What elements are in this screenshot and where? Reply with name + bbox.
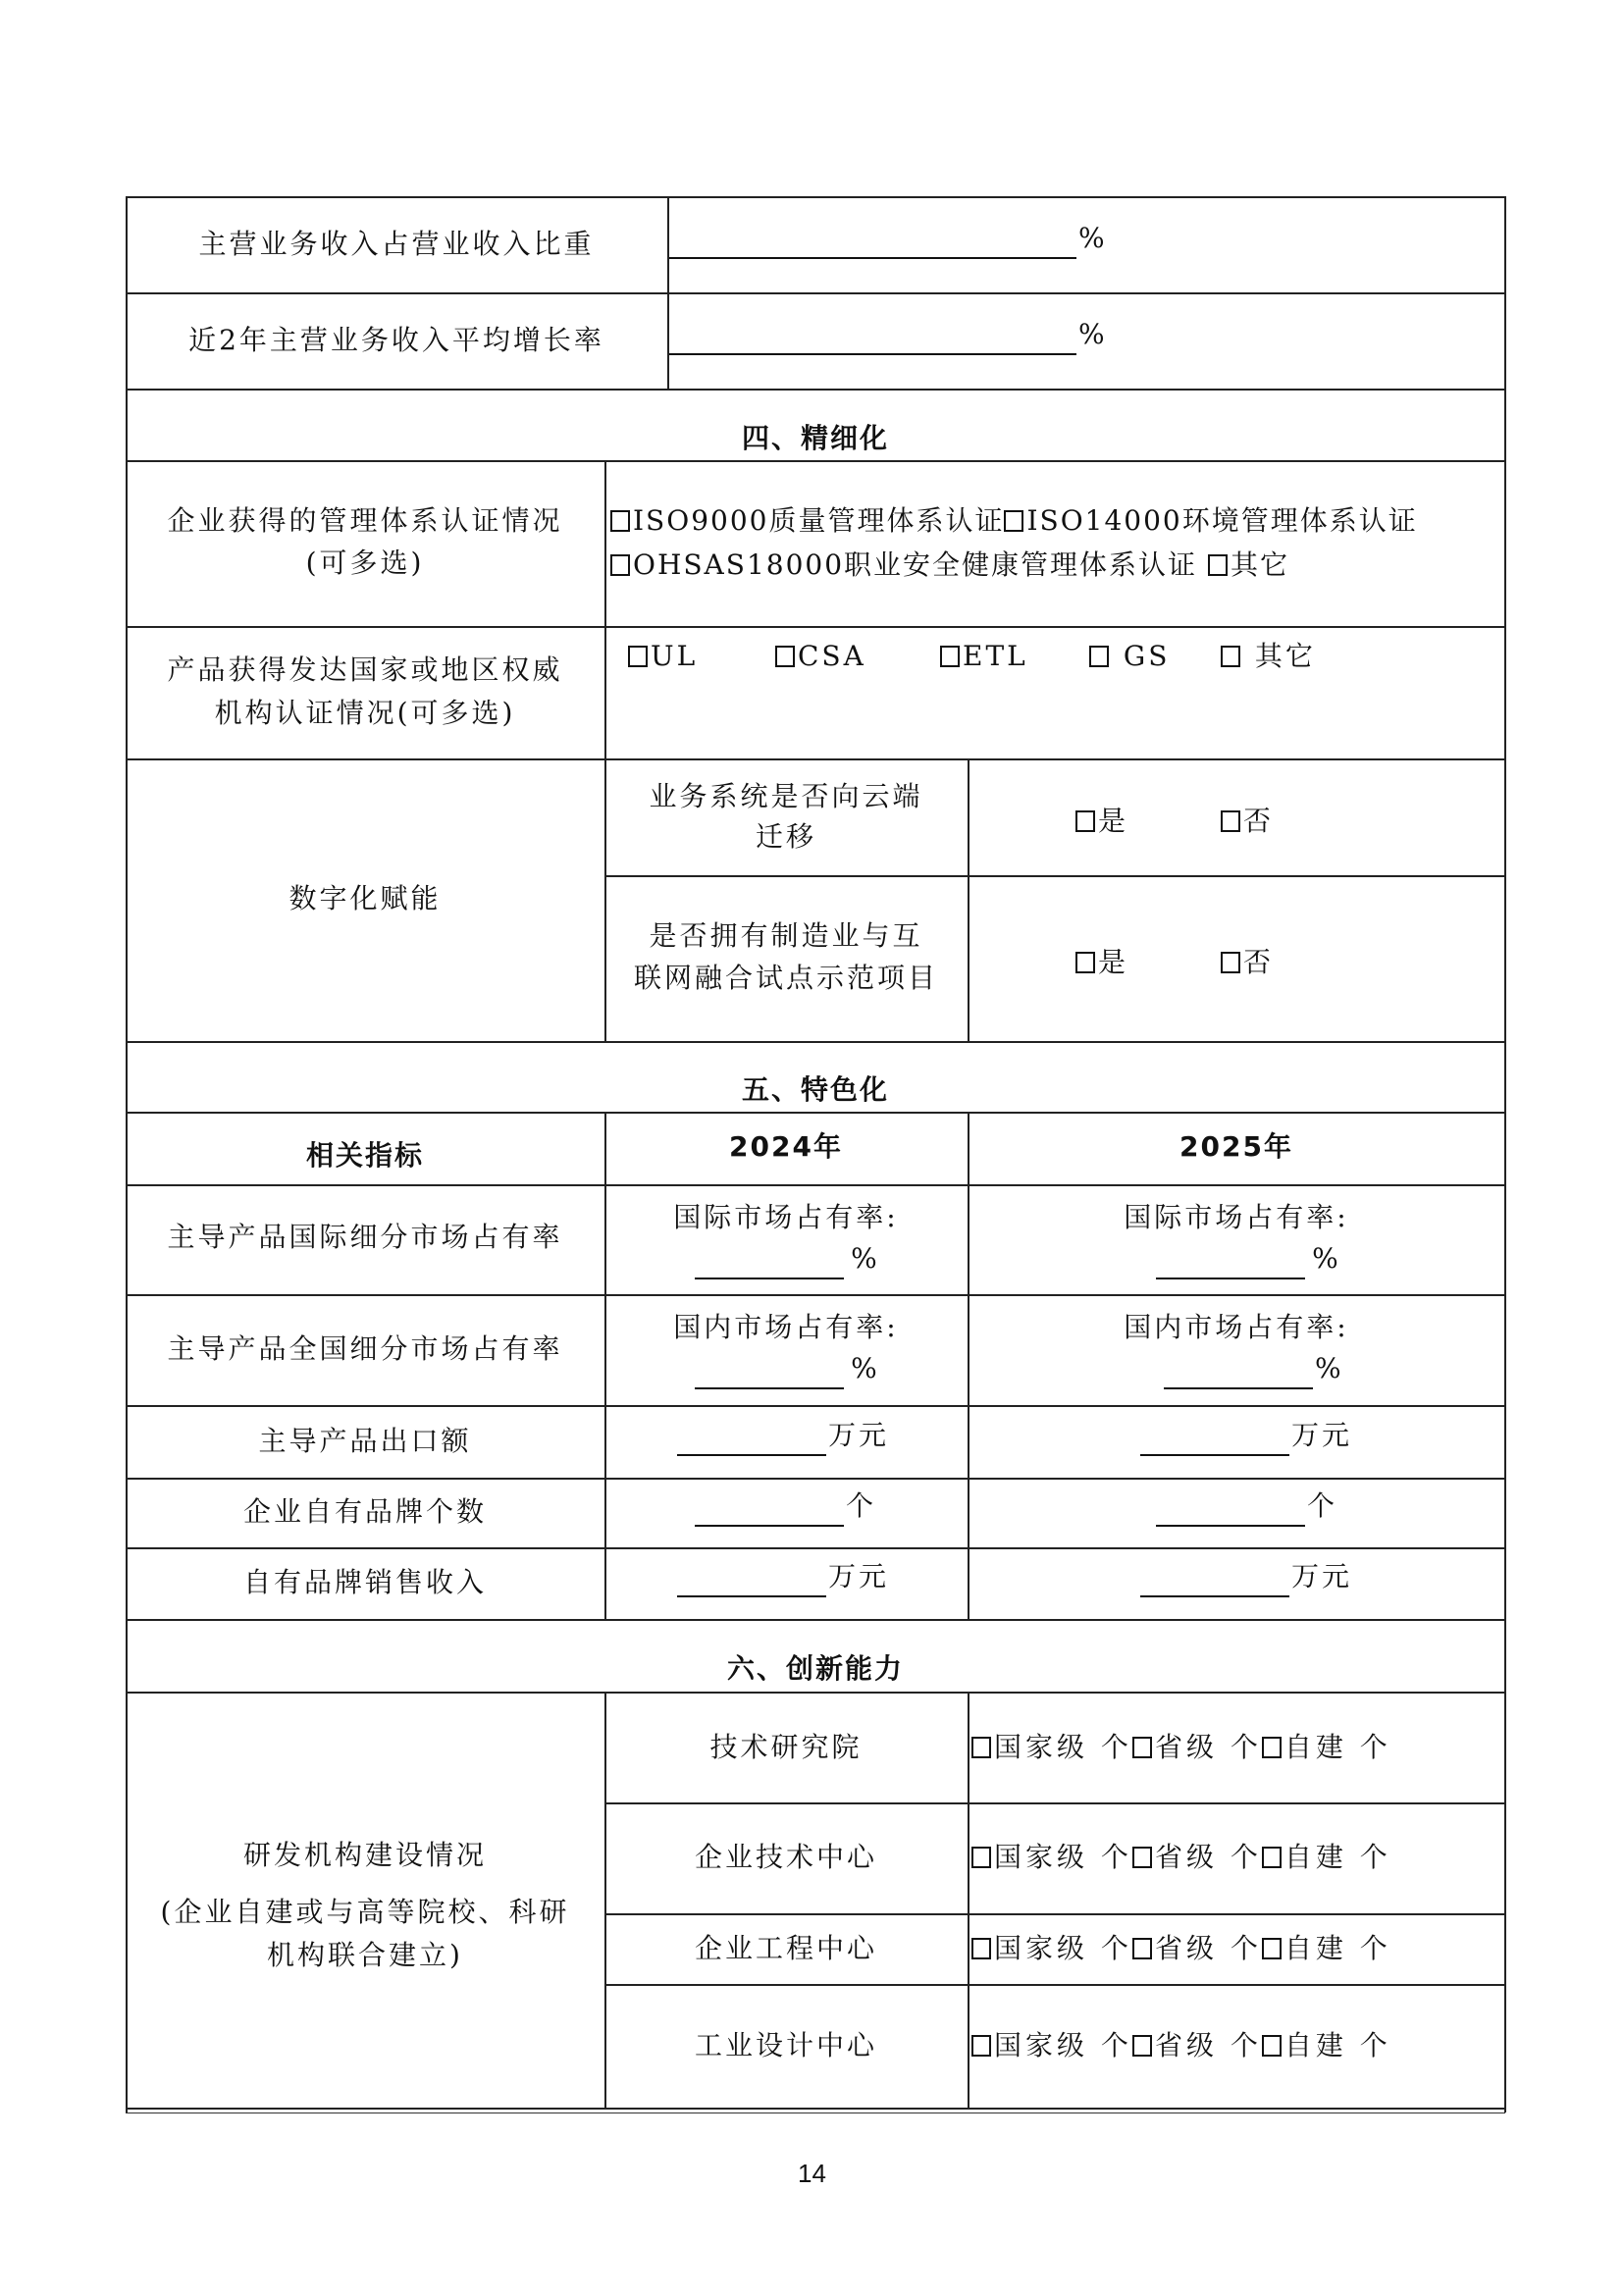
institution-label: 企业技术中心 — [606, 1837, 966, 1878]
institution-label: 工业设计中心 — [606, 2025, 966, 2066]
cloud-question-line2: 迁移 — [606, 816, 966, 858]
checkbox-icon[interactable] — [1075, 810, 1095, 832]
unit-label: 个 — [1231, 1731, 1262, 1763]
section-title-specialization: 五、特色化 — [126, 1069, 1505, 1111]
revenue-growth-field[interactable]: % — [669, 314, 1105, 355]
checkbox-national[interactable] — [971, 1847, 991, 1868]
option-csa[interactable]: CSA — [775, 636, 866, 677]
unit-label: 个 — [1101, 1932, 1132, 1964]
unit-label: 万元 — [1291, 1560, 1352, 1592]
checkbox-icon[interactable] — [1075, 952, 1095, 973]
institution-levels-row: 国家级 个省级 个自建 个 — [971, 1837, 1391, 1878]
option-label: GS — [1124, 640, 1171, 672]
brand-count-2024-field[interactable]: 个 — [695, 1486, 876, 1527]
checkbox-icon[interactable] — [940, 646, 960, 667]
domestic-share-2024-field[interactable]: % — [695, 1348, 877, 1389]
checkbox-icon[interactable] — [610, 554, 630, 576]
checkbox-icon[interactable] — [610, 510, 630, 532]
cloud-no-option[interactable]: 否 — [1221, 801, 1274, 842]
option-label: 否 — [1243, 805, 1274, 837]
mgmt-cert-options-line2: OHSAS18000职业安全健康管理体系认证 其它 — [610, 545, 1289, 586]
revenue-share-blank[interactable] — [669, 228, 1076, 259]
unit-label: % — [1078, 318, 1105, 350]
checkbox-icon[interactable] — [1221, 646, 1240, 667]
table-top-border — [126, 196, 1505, 198]
blank-input[interactable] — [695, 1248, 844, 1279]
level-label: 省级 — [1155, 1731, 1218, 1763]
unit-label: 个 — [1360, 1731, 1391, 1763]
table-bottom-border-double — [126, 2112, 1505, 2113]
row-divider — [126, 1405, 1505, 1407]
row-divider — [126, 1478, 1505, 1480]
unit-label: 个 — [1360, 2029, 1391, 2061]
unit-label: 个 — [1231, 1841, 1262, 1873]
blank-input[interactable] — [1156, 1495, 1305, 1527]
unit-label: 万元 — [828, 1560, 889, 1592]
checkbox-icon[interactable] — [1221, 952, 1240, 973]
blank-input[interactable] — [695, 1358, 844, 1389]
level-label: 自建 — [1284, 2029, 1347, 2061]
level-label: 国家级 — [994, 2029, 1088, 2061]
level-label: 国家级 — [994, 1841, 1088, 1873]
row-divider — [126, 1547, 1505, 1549]
option-label: CSA — [798, 640, 866, 672]
col-divider — [604, 1112, 606, 1619]
unit-label: % — [851, 1352, 877, 1384]
option-gs[interactable]: GS — [1089, 636, 1170, 677]
intl-share-2025-prefix: 国际市场占有率: — [969, 1197, 1503, 1238]
header-2025: 2025年 — [969, 1126, 1503, 1168]
brand-count-2025-field[interactable]: 个 — [1156, 1486, 1337, 1527]
brand-sales-label: 自有品牌销售收入 — [128, 1562, 602, 1603]
option-label: 是 — [1098, 805, 1128, 837]
revenue-share-field[interactable]: % — [669, 218, 1105, 259]
brand-sales-2025-field[interactable]: 万元 — [1140, 1556, 1352, 1597]
header-2024: 2024年 — [606, 1126, 966, 1168]
export-2024-field[interactable]: 万元 — [677, 1415, 889, 1456]
row-divider — [604, 1984, 1505, 1986]
option-other[interactable]: 其它 — [1208, 548, 1289, 581]
pilot-question-line1: 是否拥有制造业与互 — [606, 915, 966, 957]
level-label: 国家级 — [994, 1731, 1088, 1763]
brand-sales-2024-field[interactable]: 万元 — [677, 1556, 889, 1597]
checkbox-provincial[interactable] — [1132, 1938, 1152, 1959]
row-divider — [604, 1913, 1505, 1915]
checkbox-icon[interactable] — [1221, 810, 1240, 832]
export-2025-field[interactable]: 万元 — [1140, 1415, 1352, 1456]
export-label: 主导产品出口额 — [128, 1421, 602, 1462]
unit-label: 个 — [1360, 1932, 1391, 1964]
row-divider — [604, 1802, 1505, 1804]
revenue-share-label: 主营业务收入占营业收入比重 — [128, 224, 665, 265]
revenue-growth-label: 近2年主营业务收入平均增长率 — [128, 320, 665, 361]
pilot-no-option[interactable]: 否 — [1221, 942, 1274, 983]
col-divider — [968, 758, 969, 1041]
checkbox-icon[interactable] — [1208, 554, 1228, 576]
cloud-question-line1: 业务系统是否向云端 — [606, 776, 966, 817]
rd-label-line2: (企业自建或与高等院校、科研 — [128, 1892, 602, 1933]
row-divider — [126, 1294, 1505, 1296]
table-bottom-border — [126, 2108, 1505, 2110]
unit-label: % — [1315, 1352, 1341, 1384]
checkbox-self-built[interactable] — [1262, 2035, 1282, 2057]
blank-input[interactable] — [1140, 1425, 1289, 1456]
product-cert-label-line1: 产品获得发达国家或地区权威 — [128, 650, 602, 691]
blank-input[interactable] — [1164, 1358, 1313, 1389]
unit-label: 个 — [1101, 1841, 1132, 1873]
mgmt-cert-label-line1: 企业获得的管理体系认证情况 — [128, 500, 602, 542]
blank-input[interactable] — [1156, 1248, 1305, 1279]
level-label: 省级 — [1155, 1932, 1218, 1964]
row-divider — [126, 1184, 1505, 1186]
unit-label: 个 — [1101, 1731, 1132, 1763]
option-etl[interactable]: ETL — [940, 636, 1028, 677]
institution-label: 技术研究院 — [606, 1727, 966, 1768]
rd-label-line1: 研发机构建设情况 — [128, 1835, 602, 1876]
col-divider — [968, 1692, 969, 2108]
row-divider — [126, 1112, 1505, 1114]
unit-label: 个 — [1360, 1841, 1391, 1873]
option-label: ISO14000环境管理体系认证 — [1026, 504, 1417, 537]
level-label: 省级 — [1155, 1841, 1218, 1873]
domestic-share-2024-prefix: 国内市场占有率: — [606, 1307, 966, 1348]
option-label: 其它 — [1231, 548, 1289, 581]
option-label: 其它 — [1255, 640, 1316, 672]
unit-label: 个 — [846, 1489, 876, 1522]
checkbox-provincial[interactable] — [1132, 1847, 1152, 1868]
institution-levels-row: 国家级 个省级 个自建 个 — [971, 1727, 1391, 1768]
rd-label-line3: 机构联合建立) — [128, 1935, 602, 1976]
checkbox-self-built[interactable] — [1262, 1737, 1282, 1758]
intl-share-2024-field[interactable]: % — [695, 1238, 877, 1279]
row-divider — [126, 626, 1505, 628]
unit-label: 个 — [1307, 1489, 1337, 1522]
checkbox-icon[interactable] — [1004, 510, 1023, 532]
option-label: UL — [651, 640, 698, 672]
header-indicator: 相关指标 — [128, 1135, 602, 1176]
row-divider — [604, 875, 1505, 877]
domestic-share-2025-prefix: 国内市场占有率: — [969, 1307, 1503, 1348]
checkbox-self-built[interactable] — [1262, 1847, 1282, 1868]
row-divider — [126, 460, 1505, 462]
level-label: 国家级 — [994, 1932, 1088, 1964]
unit-label: 个 — [1101, 2029, 1132, 2061]
option-ohsas18000[interactable]: OHSAS18000职业安全健康管理体系认证 — [610, 548, 1197, 581]
checkbox-icon[interactable] — [775, 646, 795, 667]
option-iso14000[interactable]: ISO14000环境管理体系认证 — [1004, 504, 1417, 537]
cloud-yes-option[interactable]: 是 — [1075, 801, 1128, 842]
option-label: OHSAS18000职业安全健康管理体系认证 — [633, 548, 1197, 581]
row-divider — [126, 1619, 1505, 1621]
mgmt-cert-label-line2: (可多选) — [128, 543, 602, 584]
checkbox-national[interactable] — [971, 1938, 991, 1959]
option-other-cert[interactable]: 其它 — [1221, 636, 1316, 677]
row-divider — [126, 292, 1505, 294]
level-label: 省级 — [1155, 2029, 1218, 2061]
intl-share-label: 主导产品国际细分市场占有率 — [128, 1217, 602, 1258]
unit-label: % — [1078, 222, 1105, 254]
unit-label: 万元 — [1291, 1419, 1352, 1451]
institution-label: 企业工程中心 — [606, 1928, 966, 1969]
table-right-border — [1504, 196, 1506, 2112]
pilot-yes-option[interactable]: 是 — [1075, 942, 1128, 983]
unit-label: 个 — [1231, 1932, 1262, 1964]
blank-input[interactable] — [677, 1425, 826, 1456]
checkbox-national[interactable] — [971, 1737, 991, 1758]
option-iso9000[interactable]: ISO9000质量管理体系认证 — [610, 504, 1004, 537]
col-divider — [968, 1112, 969, 1619]
option-ul[interactable]: UL — [628, 636, 698, 677]
checkbox-self-built[interactable] — [1262, 1938, 1282, 1959]
section-title-innovation: 六、创新能力 — [126, 1648, 1505, 1690]
row-divider — [126, 1041, 1505, 1043]
revenue-growth-blank[interactable] — [669, 324, 1076, 355]
pilot-question-line2: 联网融合试点示范项目 — [606, 958, 966, 999]
level-label: 自建 — [1284, 1932, 1347, 1964]
section-title-refinement: 四、精细化 — [126, 418, 1505, 459]
row-divider — [126, 389, 1505, 391]
checkbox-national[interactable] — [971, 2035, 991, 2057]
level-label: 自建 — [1284, 1841, 1347, 1873]
domestic-share-label: 主导产品全国细分市场占有率 — [128, 1329, 602, 1370]
option-label: ISO9000质量管理体系认证 — [633, 504, 1004, 537]
checkbox-icon[interactable] — [1089, 646, 1109, 667]
product-cert-label-line2: 机构认证情况(可多选) — [128, 693, 602, 734]
digital-label: 数字化赋能 — [128, 878, 602, 919]
option-label: 是 — [1098, 946, 1128, 978]
intl-share-2024-prefix: 国际市场占有率: — [606, 1197, 966, 1238]
unit-label: 个 — [1231, 2029, 1262, 2061]
institution-levels-row: 国家级 个省级 个自建 个 — [971, 1928, 1391, 1969]
domestic-share-2025-field[interactable]: % — [1164, 1348, 1341, 1389]
unit-label: % — [851, 1242, 877, 1275]
mgmt-cert-options-line1: ISO9000质量管理体系认证ISO14000环境管理体系认证 — [610, 500, 1418, 542]
blank-input[interactable] — [677, 1566, 826, 1597]
page-number: 14 — [0, 2159, 1624, 2189]
option-label: ETL — [963, 640, 1028, 672]
blank-input[interactable] — [695, 1495, 844, 1527]
blank-input[interactable] — [1140, 1566, 1289, 1597]
option-label: 否 — [1243, 946, 1274, 978]
checkbox-icon[interactable] — [628, 646, 648, 667]
checkbox-provincial[interactable] — [1132, 2035, 1152, 2057]
intl-share-2025-field[interactable]: % — [1156, 1238, 1338, 1279]
brand-count-label: 企业自有品牌个数 — [128, 1491, 602, 1533]
row-divider — [126, 1692, 1505, 1694]
unit-label: % — [1312, 1242, 1338, 1275]
level-label: 自建 — [1284, 1731, 1347, 1763]
unit-label: 万元 — [828, 1419, 889, 1451]
checkbox-provincial[interactable] — [1132, 1737, 1152, 1758]
institution-levels-row: 国家级 个省级 个自建 个 — [971, 2025, 1391, 2066]
row-divider — [126, 758, 1505, 760]
